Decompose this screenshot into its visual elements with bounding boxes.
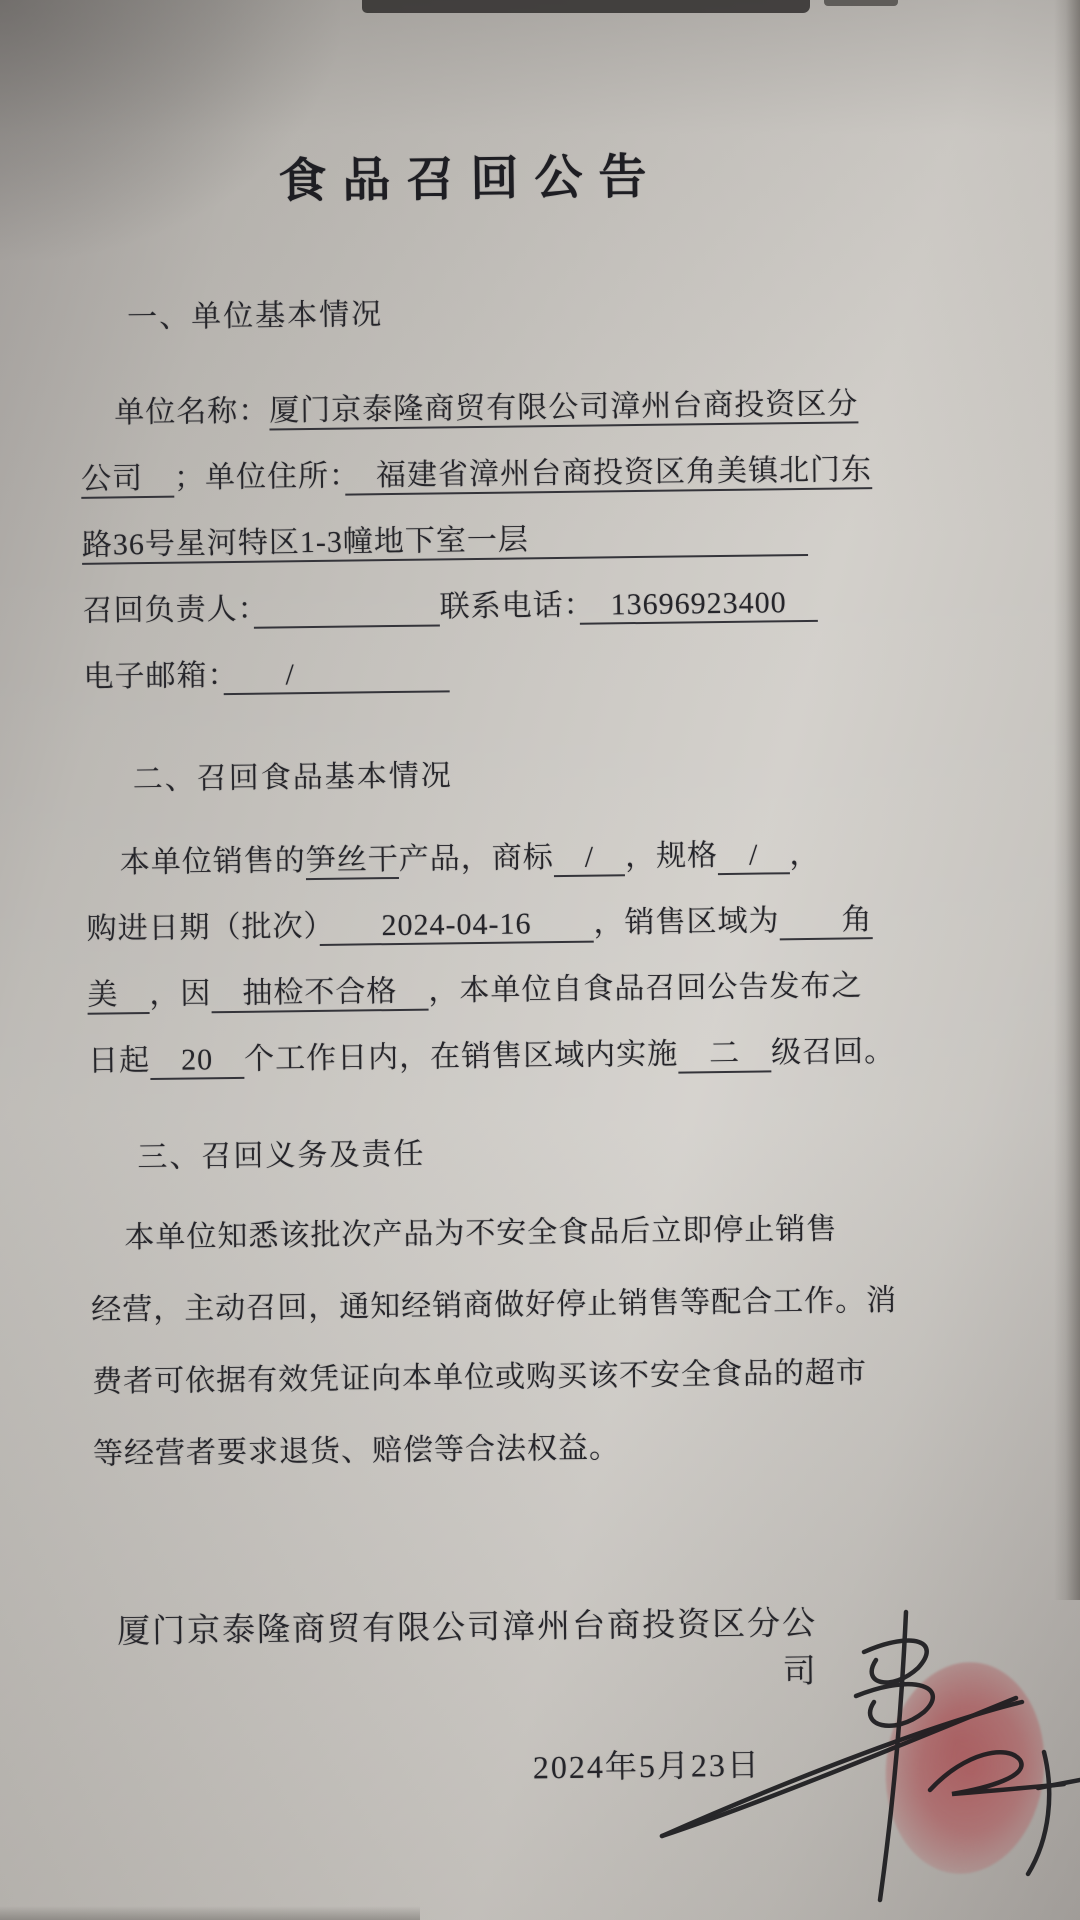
paragraph-line: 费者可依据有效凭证向本单位或购买该不安全食品的超市 (92, 1337, 879, 1419)
form-label-text: 电子邮箱： (83, 659, 223, 694)
filled-blank: 抽检不合格 (211, 975, 428, 1014)
document-photo: 食品召回公告 一、单位基本情况 单位名称：厦门京泰隆商贸有限公司漳州台商投资区分… (0, 0, 1080, 1920)
form-label-text: ，本单位自食品召回公告发布之 (428, 969, 862, 1007)
filled-blank: 厦门京泰隆商贸有限公司漳州台商投资区分 (269, 387, 858, 430)
form-line-address-cont: 路36号星河特区1-3幢地下室一层 (81, 503, 868, 579)
form-line-unit-name: 单位名称：厦门京泰隆商贸有限公司漳州台商投资区分 (80, 371, 867, 447)
form-line-unit-address: 公司 ；单位住所： 福建省漳州台商投资区角美镇北门东 (81, 437, 868, 513)
form-label-text: 级召回。 (771, 1035, 895, 1070)
form-label-text: 单位名称： (114, 395, 269, 430)
form-label-text: 购进日期（批次） (86, 910, 319, 946)
section3-heading: 三、召回义务及责任 (89, 1127, 875, 1181)
paragraph-line: 等经营者要求退货、赔偿等合法权益。 (93, 1409, 880, 1491)
filled-blank (253, 590, 439, 628)
document-title: 食品召回公告 (77, 145, 864, 215)
form-label-text: 联系电话： (439, 589, 579, 624)
filled-blank: 路36号星河特区1-3幢地下室一层 (82, 520, 808, 565)
photo-edge-right (1054, 0, 1080, 1600)
form-line-reason: 美 ，因 抽检不合格 ，本单位自食品召回公告发布之 (87, 953, 874, 1029)
form-line-product: 本单位销售的笋丝干产品，商标 / ，规格 / ， (85, 821, 872, 897)
red-fingerprint-stamp (875, 1654, 1054, 1881)
filled-blank: 福建省漳州台商投资区角美镇北门东 (345, 453, 872, 495)
form-label-text: ，规格 (625, 839, 718, 873)
section3-body: 本单位知悉该批次产品为不安全食品后立即停止销售 经营，主动召回，通知经销商做好停… (90, 1193, 879, 1491)
section2-body: 本单位销售的笋丝干产品，商标 / ，规格 / ， 购进日期（批次） 2024-0… (85, 821, 874, 1095)
form-label-text: ， (789, 838, 820, 871)
form-label-text: 产品，商标 (399, 841, 554, 876)
signature-date: 2024年5月23日 (97, 1741, 883, 1795)
form-label-text: 召回负责人： (82, 593, 253, 628)
filled-blank: 角 (779, 903, 872, 940)
filled-blank: / (718, 838, 790, 875)
filled-blank: 2024-04-16 (319, 907, 593, 946)
filled-blank: 二 (678, 1036, 771, 1073)
form-line-contact: 召回负责人： 联系电话： 13696923400 (82, 569, 869, 645)
filled-blank: / (223, 656, 450, 695)
form-line-email: 电子邮箱： / (83, 635, 870, 711)
form-line-recall: 日起 20 个工作日内，在销售区域内实施 二 级召回。 (88, 1019, 875, 1095)
filled-blank: / (554, 840, 626, 877)
filled-blank: 公司 (81, 462, 174, 499)
form-label-text: 日起 (88, 1044, 150, 1078)
section1-body: 单位名称：厦门京泰隆商贸有限公司漳州台商投资区分 公司 ；单位住所： 福建省漳州… (80, 371, 870, 711)
form-label-text: ；单位住所： (174, 460, 345, 495)
form-line-batch: 购进日期（批次） 2024-04-16 ，销售区域为 角 (86, 887, 873, 963)
filled-blank: 笋丝干 (306, 843, 399, 880)
paper-content: 食品召回公告 一、单位基本情况 单位名称：厦门京泰隆商贸有限公司漳州台商投资区分… (75, 0, 883, 1795)
filled-blank: 美 (87, 978, 149, 1015)
pen-stroke (880, 1612, 906, 1900)
section1-heading: 一、单位基本情况 (79, 287, 865, 341)
form-label-text: 个工作日内，在销售区域内实施 (244, 1038, 678, 1076)
form-label-text: ，因 (149, 977, 211, 1011)
signature-company: 厦门京泰隆商贸有限公司漳州台商投资区分公司 (95, 1599, 882, 1705)
pen-stroke (930, 1752, 1064, 1794)
filled-blank: 20 (150, 1043, 244, 1080)
filled-blank: 13696923400 (579, 586, 817, 625)
photo-edge-bottom (0, 1906, 420, 1920)
pen-stroke (1028, 1752, 1049, 1874)
form-label-text: ，销售区域为 (593, 904, 779, 939)
paragraph-line: 经营，主动召回，通知经销商做好停止销售等配合工作。消 (91, 1265, 878, 1347)
form-label-text: 本单位销售的 (120, 844, 306, 879)
section2-heading: 二、召回食品基本情况 (84, 749, 870, 803)
paragraph-line: 本单位知悉该批次产品为不安全食品后立即停止销售 (90, 1193, 877, 1275)
pen-stroke (1038, 1780, 1080, 1788)
